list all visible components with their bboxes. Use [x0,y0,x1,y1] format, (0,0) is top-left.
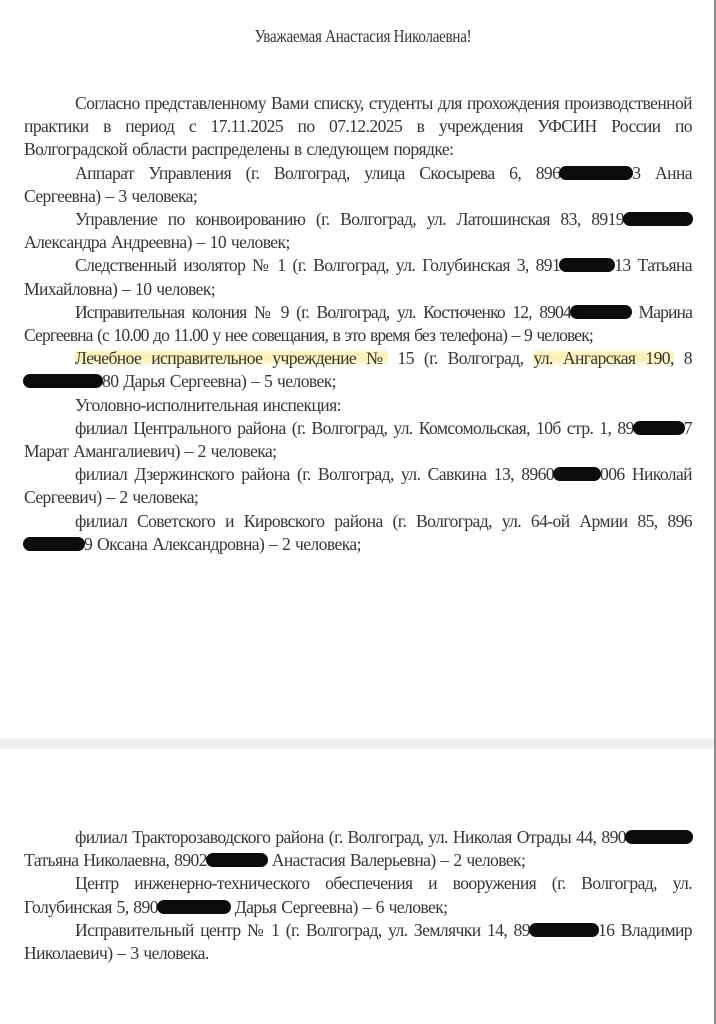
entry-uii-central: филиал Центрального района (г. Волгоград… [24,417,692,463]
document-page-1: Уважаемая Анастасия Николаевна! Согласно… [0,0,714,738]
entry-sizo-1: Следственный изолятор № 1 (г. Волгоград,… [24,254,692,300]
redacted-phone [570,305,632,319]
entry-uii-heading: Уголовно-исполнительная инспекция: [24,394,692,417]
entry-uii-dzerzhinsky: филиал Дзержинского района (г. Волгоград… [24,463,692,509]
redacted-phone [529,923,599,937]
highlighted-text: Лечебное исправительное учреждение № [75,348,388,368]
entry-ik-9: Исправительная колония № 9 (г. Волгоград… [24,301,692,347]
redacted-phone [206,853,268,867]
entry-uii-traktorozavodsky: филиал Тракторозаводского района (г. Вол… [24,826,692,872]
entry-uii-sovetsky-kirovsky: филиал Советского и Кировского района (г… [24,510,692,556]
document-page-2: филиал Тракторозаводского района (г. Вол… [0,749,714,1024]
entry-engineering-center: Центр инженерно-технического обеспечения… [24,872,692,918]
redacted-phone [625,830,693,844]
entry-correctional-center-1: Исправительный центр № 1 (г. Волгоград, … [24,919,692,965]
intro-paragraph: Согласно представленному Вами списку, ст… [24,92,692,162]
letter-body-continued: филиал Тракторозаводского района (г. Вол… [24,826,692,965]
letter-greeting: Уважаемая Анастасия Николаевна! [56,26,670,47]
redacted-phone [559,166,633,180]
entry-convoy: Управление по конвоированию (г. Волгогра… [24,208,692,254]
highlighted-text: ул. Ангарская 190, [533,348,673,368]
letter-body: Согласно представленному Вами списку, ст… [24,92,692,556]
redacted-phone [623,212,693,226]
redacted-phone [23,537,85,551]
entry-liu-15: Лечебное исправительное учреждение № 15 … [24,347,692,393]
redacted-phone [23,374,103,388]
entry-apparatus: Аппарат Управления (г. Волгоград, улица … [24,162,692,208]
redacted-phone [157,900,231,914]
redacted-phone [559,258,615,272]
redacted-phone [633,421,685,435]
redacted-phone [553,467,601,481]
